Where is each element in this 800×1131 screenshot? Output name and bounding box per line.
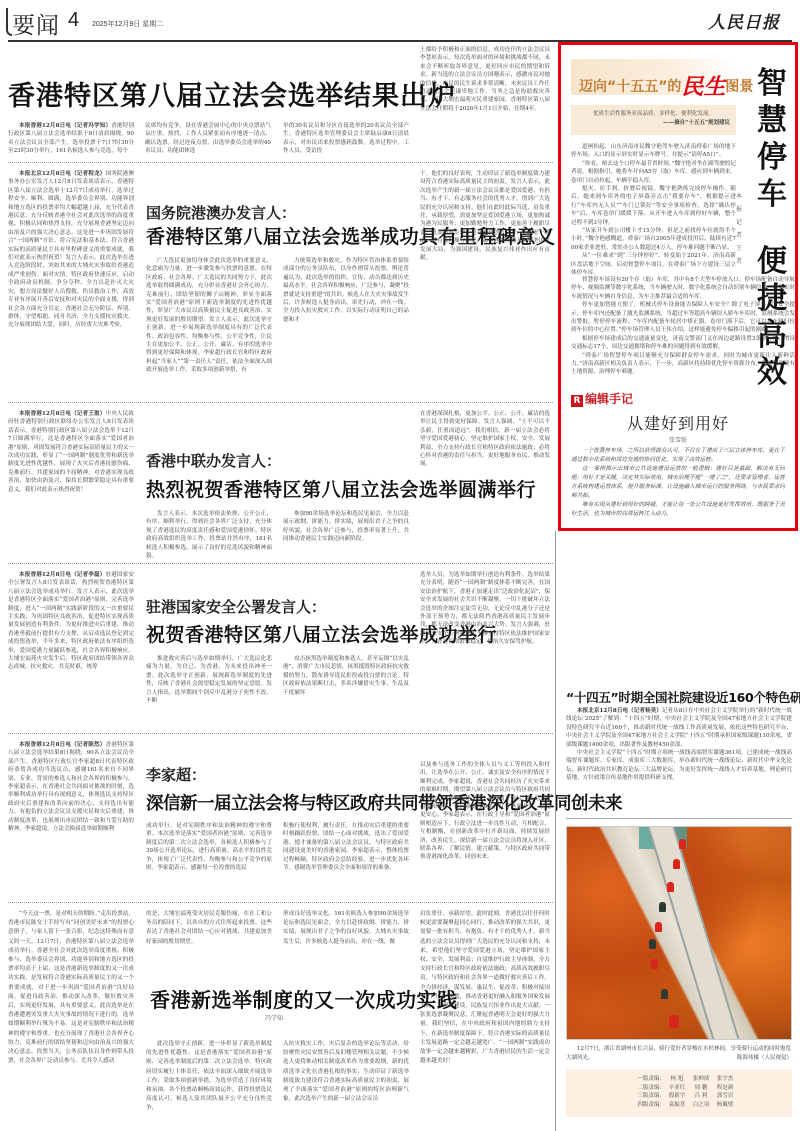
column-rule: [555, 531, 556, 1131]
research-headline[interactable]: “十四五”时期全国社院建设近160个特色研究平台: [566, 688, 800, 706]
commentary-col-mid-bottom: 此次选举守正创新，进一步彰显了新选举制度的先进性优越性。这是香港落实“爱国者治港…: [146, 1040, 272, 1128]
commentary-col-mid2-top: 形成良好选举文化。161名候选人参加90余场选举论坛和选民见面会，全力以赴拼政纲…: [283, 910, 409, 958]
editor-row: 四版责编： 袁振喜 白之羽 杨佩璧: [566, 1101, 792, 1110]
series-highlight: 民生: [681, 75, 725, 100]
nso-col-c: 选举人员，为选举如期举行创造有利条件。选举结果充分表明，随着“一国两制”制度体系…: [420, 571, 550, 721]
divider: [566, 818, 792, 819]
lead-col-3: 举的30名议员和分区直接选举的20名议员全部产生。香港特区选举管理委员会主席陆启…: [283, 122, 409, 158]
hkmao-col-a: 广大选民更加切身体会此次选举的重要意义，化悲痛为力量，进一步激发参与投票的意愿。…: [146, 257, 272, 397]
cyclist: [669, 1015, 679, 1028]
hkmao-left-col: 本报北京12月8日电（记者程龙）国务院港澳事务办公室发言人12月8日发表谈话表示…: [8, 170, 134, 400]
divider: [8, 563, 553, 564]
research-body: 本报北京12月8日电（记者杨昊）记者从8日在中央社会主义学院举行的“新时代统一战…: [566, 707, 792, 813]
lee-col-b: 积极行使权利，履行责任，在推动灾后重建的重要时刻踊跃投票，团结一心面对挑战，选出…: [283, 822, 409, 898]
editor-row: 一版责编： 杨 旭 张帅祯 张宇杰: [566, 1075, 792, 1084]
section-name: 要闻: [12, 7, 60, 40]
commentary-headline[interactable]: 香港新选举制度的又一次成功实践: [150, 984, 458, 1013]
photo-caption: 12月7日，浙江省湖州市长兴县，骑行爱好者穿梭在水杉林间，享受骑行运动的同时饱览…: [566, 1045, 792, 1062]
commentary-col-mid2-bottom: 入抗灾救灾工作。灾后复杂的选举论坛等活动，纷纷聚焦灾民安置善后及旧楼管理相关议题…: [283, 1040, 409, 1128]
commentary-col-right: 肩负重任、承载厚望。此时此刻，香港比以往任何时候更需要凝聚起同心同行、推动改革的…: [420, 910, 550, 1128]
series-suffix: 图景: [725, 79, 753, 95]
commentary-col-left: “今天这一票，是对明天的期盼。”走出投票站，香港市民陈女士手持写有“同创美好未来…: [8, 910, 134, 1128]
photo-credit: 陈海伟摄（人民视觉）: [737, 1054, 792, 1063]
editor-row: 三版责编： 殷新宇 吕 莉 郭雪岩: [566, 1092, 792, 1101]
nso-left-col: 本报香港12月8日电（记者李磊）驻港国家安全公署发言人8日发表谈话，热烈祝贺香港…: [8, 571, 134, 721]
commentary-author: 冯学知: [265, 1013, 283, 1022]
nso-col-a: 推进救灾善后与选举如期举行，广大选民化悲痛为力量，为自己、为香港、为未来投出神圣…: [146, 655, 272, 721]
quote-source: ——摘自“十五五”规划建议: [577, 119, 730, 128]
news-photo[interactable]: [566, 826, 792, 1040]
hkmao-col-c: 干。他们的良好表现，生动印证了新选举制度致力建设符合香港实际高质量民主的初衷。发…: [420, 170, 550, 400]
divider: [8, 902, 553, 903]
cyclist: [651, 959, 658, 969]
lee-col-a: 成功举行，是对宪制秩序和法治精神的遵守和尊重。本次选举是落实“爱国者治港”原则、…: [146, 822, 272, 898]
feature-body-top: 道闸抬起，山东济南市民魏守艳驾车驶入济南舜泰广场的地下停车场。入口的显示屏实时显…: [571, 143, 736, 276]
series-prefix: 迈向“十五五”的: [579, 79, 681, 95]
editor-note-title[interactable]: 从建好到用好: [561, 411, 795, 434]
loo-kicker: 香港中联办发言人：: [146, 450, 281, 471]
plan-quote: 优质生活性服务业高品质、多样化、便利化发展。 ——摘自“十五五”规划建议: [571, 105, 736, 135]
lee-kicker: 李家超：: [146, 764, 206, 785]
lead-col-2: 议席均有竞争。设在香港会展中心的中央点票站气氛庄重、热烈，工作人员紧张而有序地逐…: [145, 122, 271, 158]
feature-title-line1: 智慧停车: [753, 65, 791, 213]
cyclist: [679, 839, 686, 849]
loo-col-b: 参加90余场选举论坛和选民见面会，全力以赴展示政纲、拼能力、拼实绩，展现出君子之…: [283, 510, 409, 560]
lead-col-1: 本报香港12月8日电（记者冯学知）香港特别行政区第八届立法会选举结果于8日清晨揭…: [8, 122, 134, 158]
quote-text: 优质生活性服务业高品质、多样化、便利化发展。: [577, 110, 730, 119]
nso-kicker: 驻港国家安全公署发言人：: [146, 596, 326, 617]
commentary-col-mid-top: 的是，大埔宏福苑受灾居民克服伤痛，在社工和公务员的陪同下，以各自的方式住所起来投…: [146, 910, 272, 958]
page-number: 4: [68, 9, 79, 32]
divider: [8, 733, 553, 734]
issue-date: 2025年12月9日 星期二: [92, 19, 163, 29]
cyclist: [659, 902, 666, 912]
newspaper-logo: 人民日报: [708, 8, 780, 33]
divider: [8, 162, 553, 163]
editor-note-icon: R: [571, 395, 583, 407]
cyclist: [673, 859, 680, 869]
loo-col-a: 发言人表示，本次选举依法依规、公开公正、有序、顺利举行，得到社会各界广泛支持，充…: [146, 510, 272, 560]
lee-left-col: 本报香港12月8日电（记者陈然）香港特区第八届立法会选举结果8日揭晓，90名立法…: [8, 741, 134, 899]
lead-headline[interactable]: 香港特区第八届立法会选举结果出炉: [8, 74, 456, 113]
editor-note-author: 张雪舫: [561, 435, 795, 444]
cyclist: [655, 922, 662, 932]
page-masthead: 要闻 4 2025年12月9日 星期二 人民日报: [0, 0, 800, 42]
series-banner: 迈向“十五五”的民生图景: [571, 59, 736, 95]
lead-dateline: 本报香港12月8日电（记者冯学知）: [19, 123, 111, 129]
editor-note-label: R编辑手记: [571, 390, 633, 407]
lee-headline[interactable]: 深信新一届立法会将与特区政府共同带领香港深化改革同创未来: [146, 790, 622, 815]
hkmao-kicker: 国务院港澳办发言人：: [146, 202, 296, 223]
feature-body-bottom: 智慧停车场设有20个存（取）车库，其中有8个大型车停放入口。停车场配备自动导航停…: [571, 276, 795, 386]
loo-col-c: 在香港深深扎根，更加公平、公正、公开、廉洁的选举让民主得到更好保障。发言人强调，…: [420, 410, 550, 560]
lead-col-4: 士都给予积极和正面的信息。成功连任的立法会议员李慧琼表示，每次选举面对的环境和挑…: [420, 46, 550, 146]
divider: [8, 402, 553, 403]
editor-row: 二版责编： 辛亚红 周 鹏 程是颉: [566, 1084, 792, 1093]
loo-left-col: 本报香港12月8日电（记者王盈）中央人民政府驻香港特别行政区联络办公室发言人8日…: [8, 410, 134, 560]
cyclist: [667, 882, 674, 892]
hkmao-col-b: 力统筹选举和救灾。作为特区管治体系重要组成部分的公务员队伍，以身作则带头投票。舆…: [283, 257, 409, 397]
editors-box: 一版责编： 杨 旭 张帅祯 张宇杰 二版责编： 辛亚红 周 鹏 程是颉 三版责编…: [566, 1069, 792, 1117]
lee-col-c: 以及参与选务工作的全体人员与义工等的投入和付出，让选举在公开、公正、诚实及安全有…: [420, 761, 550, 899]
feature-box: 迈向“十五五”的民生图景 优质生活性服务业高品质、多样化、便利化发展。 ——摘自…: [558, 42, 798, 531]
cyclist: [649, 939, 656, 949]
nso-col-b: 攻击抹黑选举制度和参选人，甚至妄图“以灾乱港”，消费广大市民悲情，抹黑抵毁特区政…: [283, 655, 409, 721]
bridge-path: [646, 826, 741, 1040]
cyclist: [661, 989, 668, 999]
editor-note-body: 一个智慧停车场，之所以获得群众认可，不仅在于建成了三层立体停车库，更在于通过数字…: [571, 447, 785, 527]
